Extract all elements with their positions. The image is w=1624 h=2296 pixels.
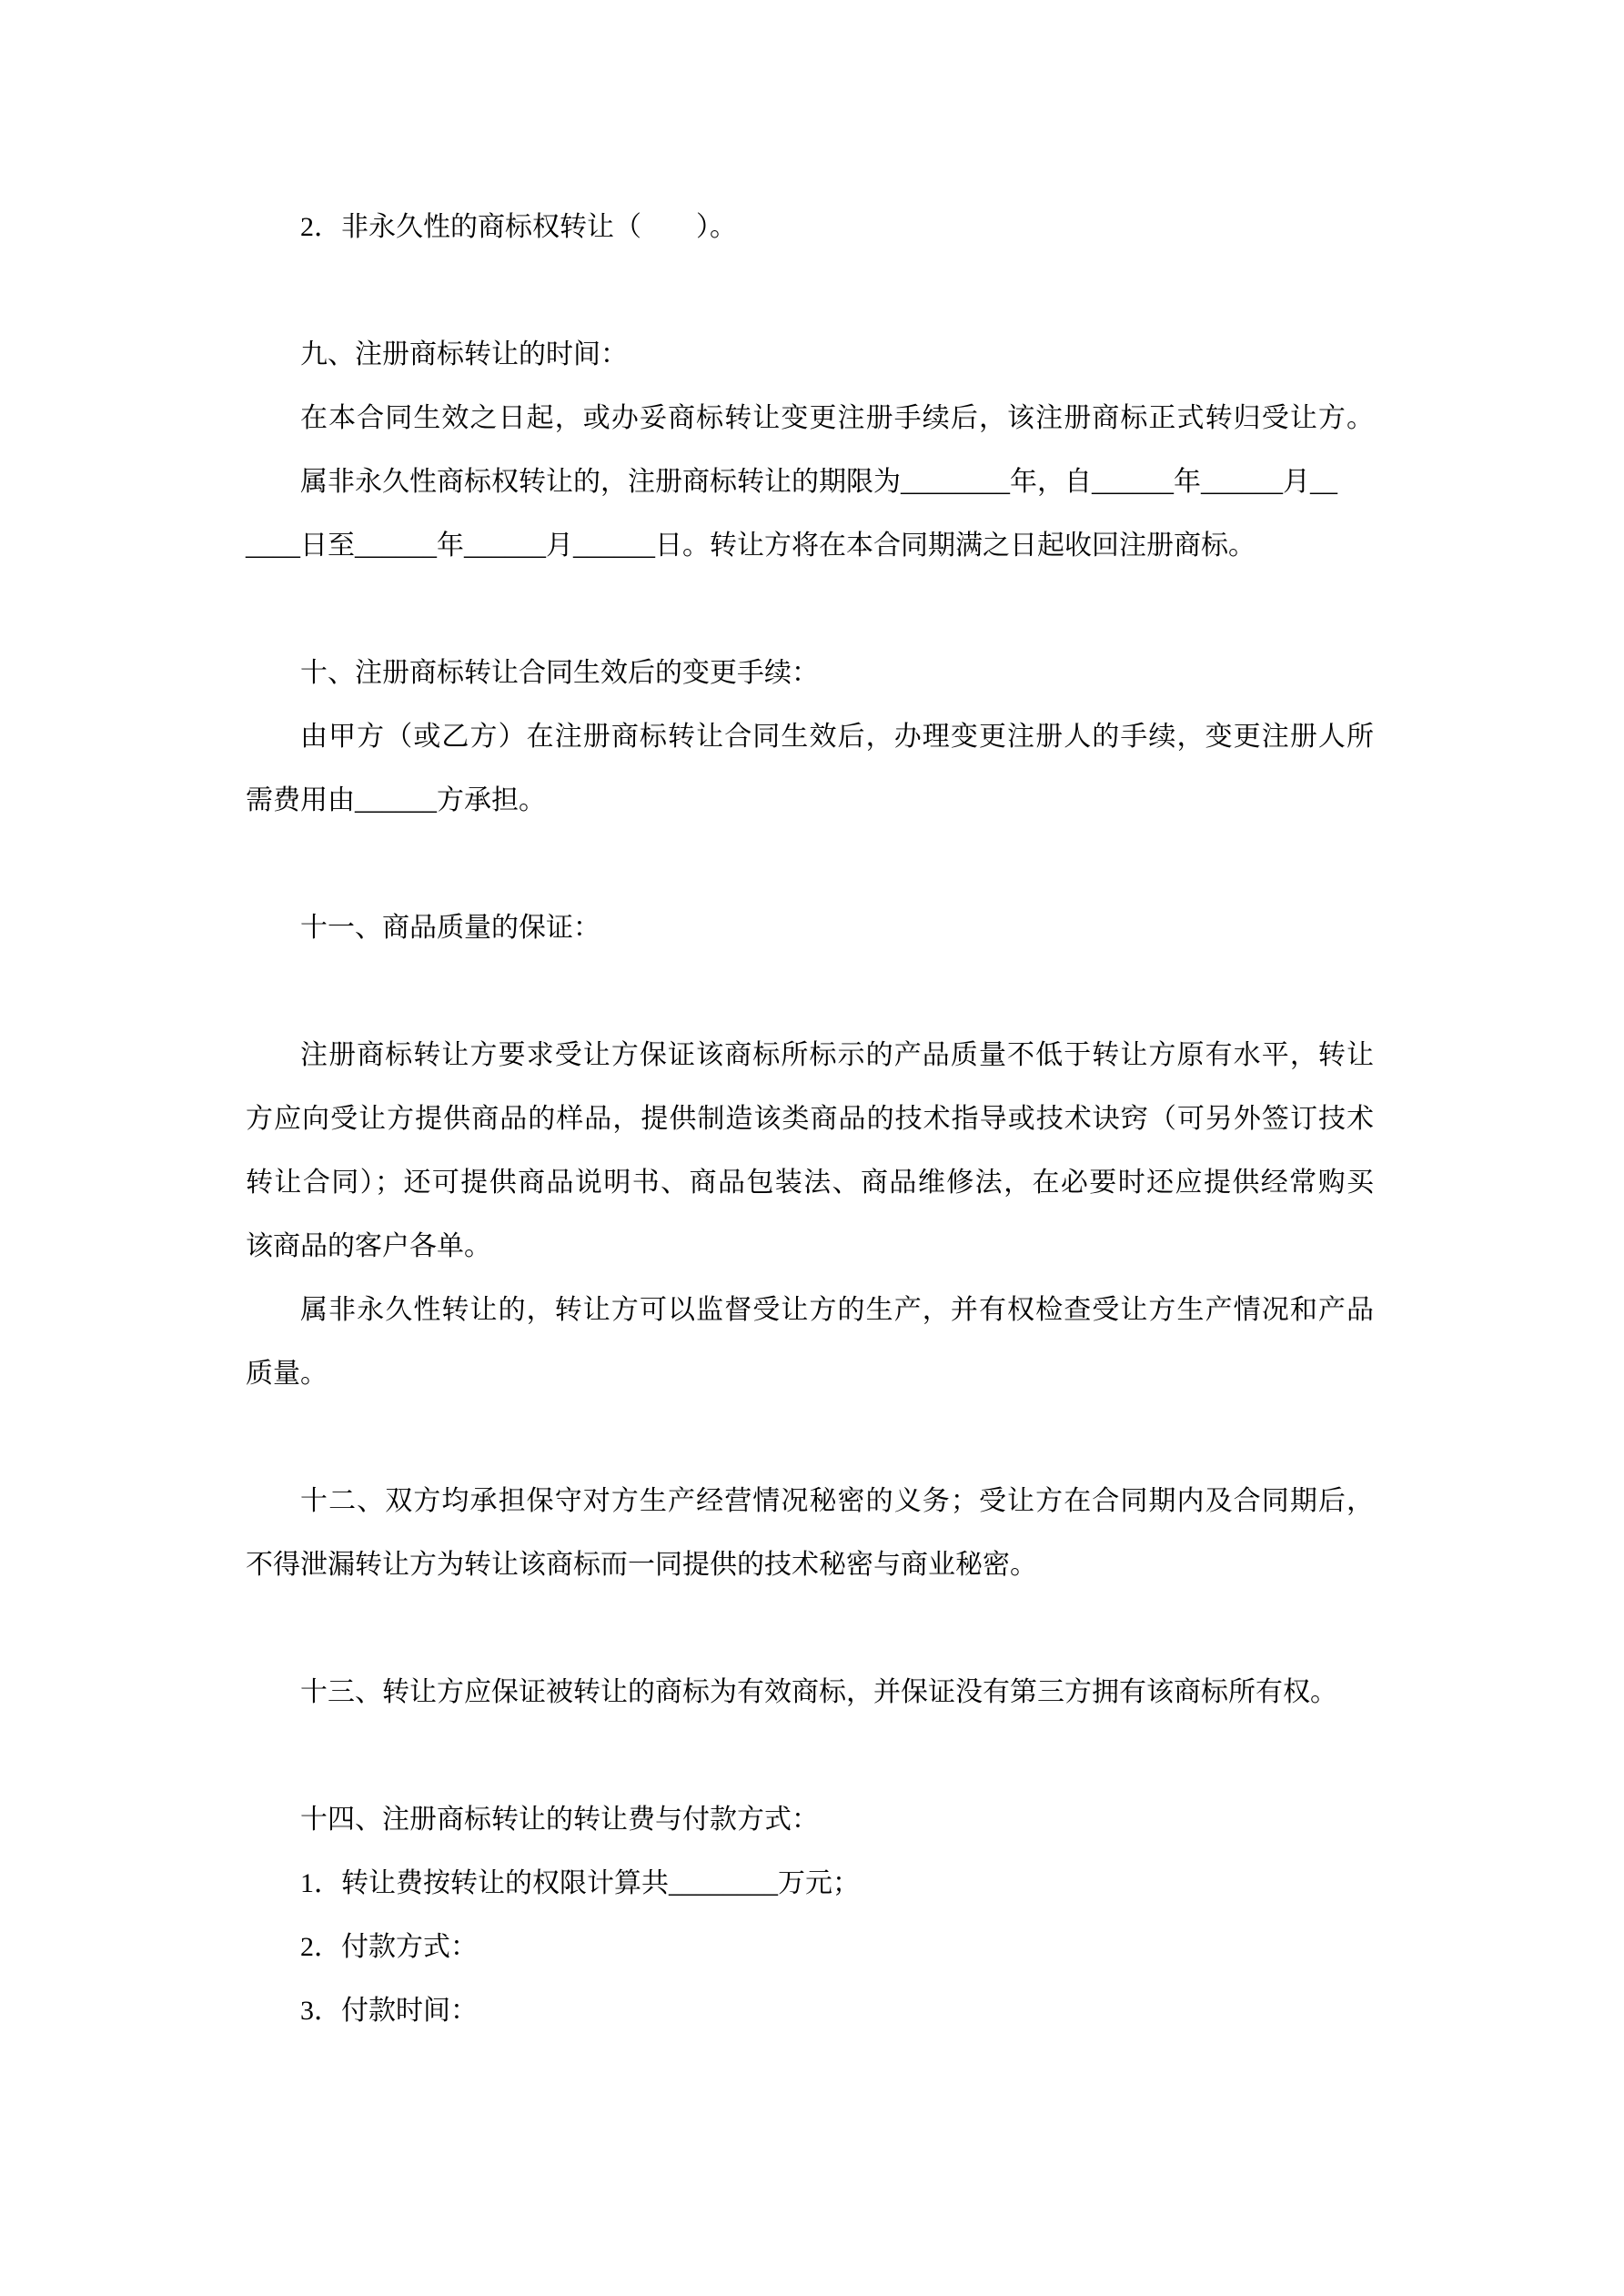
clause-11-para1-line-3: 转让合同）；还可提供商品说明书、商品包装法、商品维修法，在必要时还应提供经常购买 bbox=[246, 1151, 1374, 1215]
clause-10-para-line-2: 需费用由______方承担。 bbox=[246, 769, 1374, 833]
clause-11-para1-line-2: 方应向受让方提供商品的样品，提供制造该类商品的技术指导或技术诀窍（可另外签订技术 bbox=[246, 1087, 1374, 1151]
clause-12-line-2: 不得泄漏转让方为转让该商标而一同提供的技术秘密与商业秘密。 bbox=[246, 1533, 1374, 1597]
contract-document-page: 2．非永久性的商标权转让（ ）。 九、注册商标转让的时间： 在本合同生效之日起，… bbox=[0, 0, 1624, 2296]
clause-11-para1-line-4: 该商品的客户各单。 bbox=[246, 1215, 1374, 1279]
clause-11-para2-line-2: 质量。 bbox=[246, 1342, 1374, 1406]
clause-14-item-3: 3．付款时间： bbox=[246, 1979, 1374, 2043]
clause-11-para2-line-1: 属非永久性转让的，转让方可以监督受让方的生产，并有权检查受让方生产情况和产品 bbox=[246, 1279, 1374, 1342]
clause-13-line-1: 十三、转让方应保证被转让的商标为有效商标，并保证没有第三方拥有该商标所有权。 bbox=[246, 1661, 1374, 1725]
clause-10-heading: 十、注册商标转让合同生效后的变更手续： bbox=[246, 642, 1374, 705]
clause-14-item-2: 2．付款方式： bbox=[246, 1916, 1374, 1979]
clause-10-para-line-1: 由甲方（或乙方）在注册商标转让合同生效后，办理变更注册人的手续，变更注册人所 bbox=[246, 705, 1374, 769]
clause-11-para1-line-1: 注册商标转让方要求受让方保证该商标所标示的产品质量不低于转让方原有水平，转让 bbox=[246, 1024, 1374, 1087]
clause-14-item-1: 1．转让费按转让的权限计算共________万元； bbox=[246, 1852, 1374, 1916]
clause-9-heading: 九、注册商标转让的时间： bbox=[246, 323, 1374, 387]
clause-12-line-1: 十二、双方均承担保守对方生产经营情况秘密的义务；受让方在合同期内及合同期后， bbox=[246, 1470, 1374, 1533]
item-2-non-permanent-transfer: 2．非永久性的商标权转让（ ）。 bbox=[246, 196, 1374, 259]
clause-9-para1-line-1: 在本合同生效之日起，或办妥商标转让变更注册手续后，该注册商标正式转归受让方。 bbox=[246, 387, 1374, 450]
clause-9-para2-line-1: 属非永久性商标权转让的，注册商标转让的期限为________年，自______年… bbox=[246, 450, 1374, 514]
clause-14-heading: 十四、注册商标转让的转让费与付款方式： bbox=[246, 1788, 1374, 1852]
clause-11-heading: 十一、商品质量的保证： bbox=[246, 896, 1374, 960]
clause-9-para2-line-2: ____日至______年______月______日。转让方将在本合同期满之日… bbox=[246, 514, 1374, 578]
document-body: 2．非永久性的商标权转让（ ）。 九、注册商标转让的时间： 在本合同生效之日起，… bbox=[246, 196, 1374, 2043]
